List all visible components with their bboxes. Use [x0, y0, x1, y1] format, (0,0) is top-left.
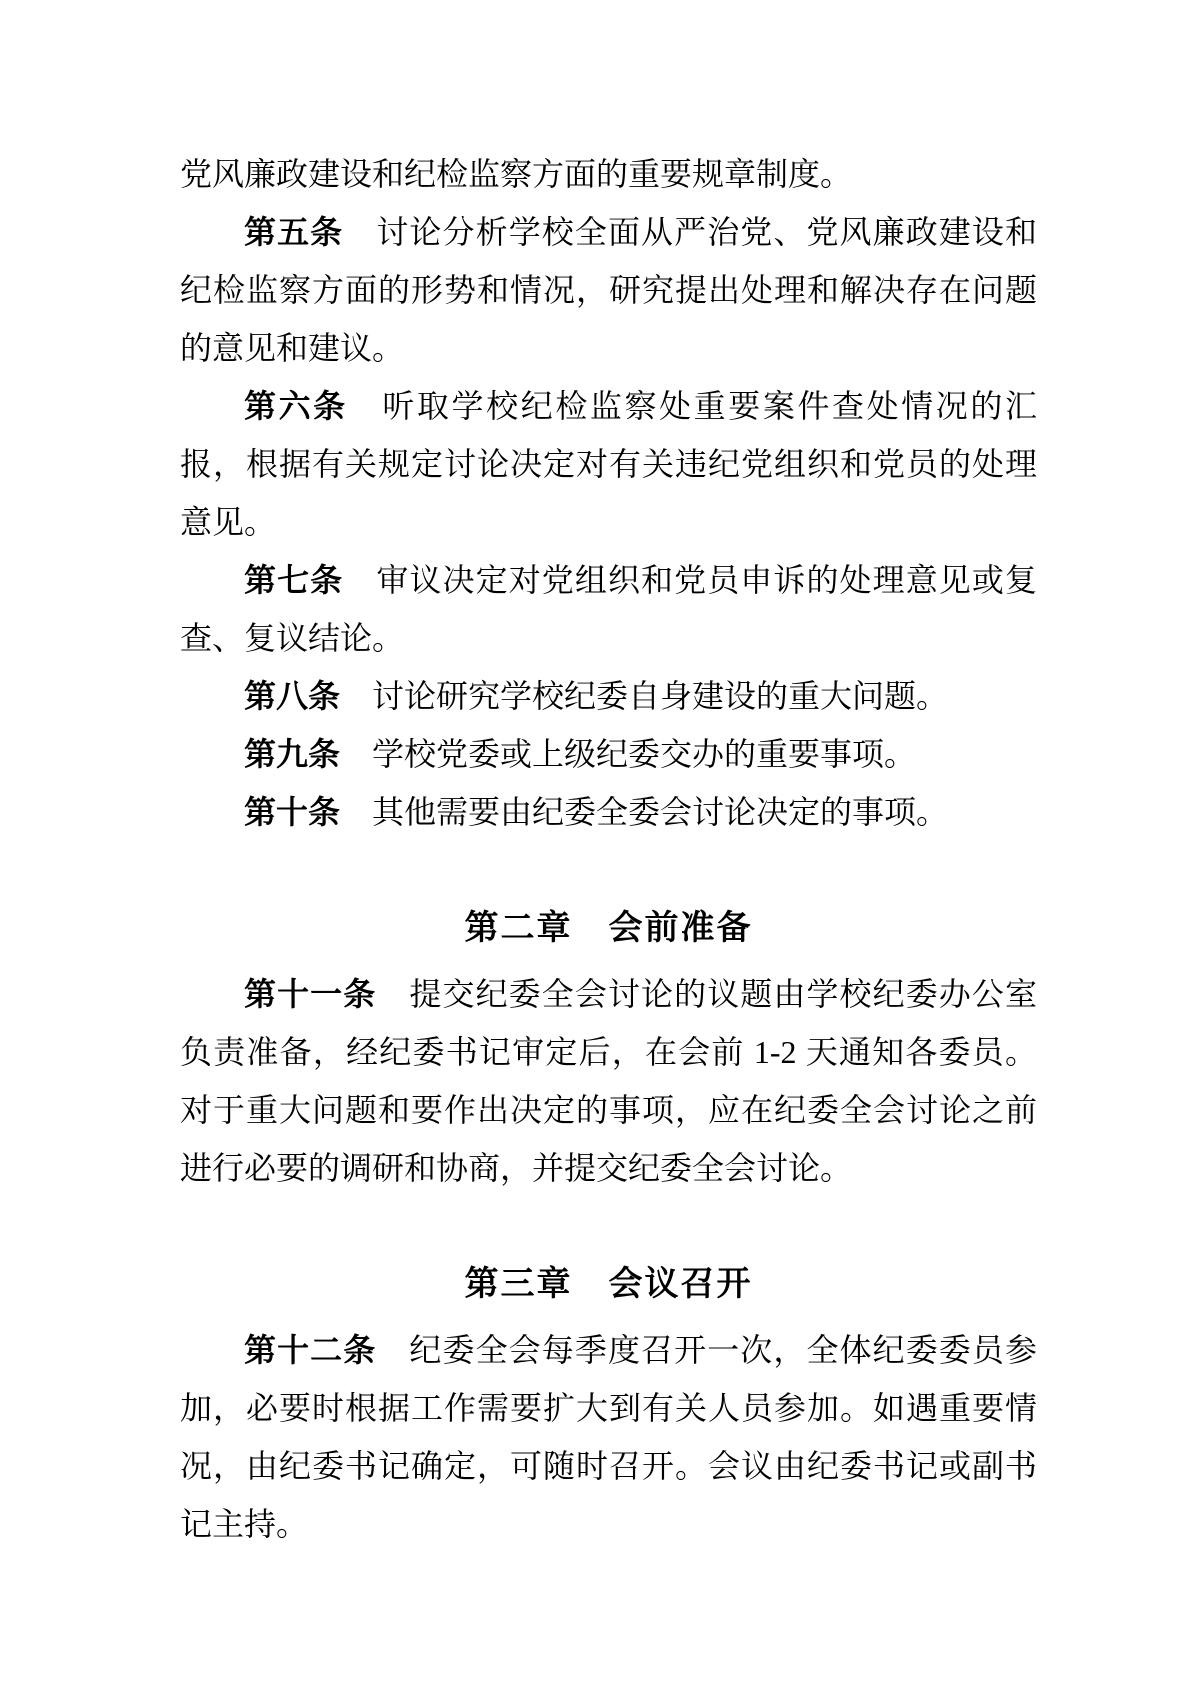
article-paragraph-10: 第十条 其他需要由纪委全委会讨论决定的事项。: [180, 783, 1037, 841]
article-number: 第五条: [244, 214, 343, 250]
article-number: 第七条: [244, 562, 343, 598]
article-number: 第六条: [244, 388, 348, 424]
article-number: 第八条: [244, 678, 340, 714]
article-number: 第十一条: [244, 976, 376, 1012]
article-paragraph-6: 第六条 听取学校纪检监察处重要案件查处情况的汇报，根据有关规定讨论决定对有关违纪…: [180, 377, 1037, 551]
article-paragraph-11: 第十一条 提交纪委全会讨论的议题由学校纪委办公室负责准备，经纪委书记审定后，在会…: [180, 965, 1037, 1197]
paragraph-continuation: 党风廉政建设和纪检监察方面的重要规章制度。: [180, 145, 1037, 203]
chapter-heading-2: 第二章 会前准备: [180, 897, 1037, 959]
article-paragraph-8: 第八条 讨论研究学校纪委自身建设的重大问题。: [180, 667, 1037, 725]
document-page: 党风廉政建设和纪检监察方面的重要规章制度。 第五条 讨论分析学校全面从严治党、党…: [0, 0, 1191, 1684]
chapter-heading-3: 第三章 会议召开: [180, 1253, 1037, 1315]
article-number: 第十条: [244, 794, 340, 830]
article-number: 第十二条: [244, 1332, 376, 1368]
article-paragraph-7: 第七条 审议决定对党组织和党员申诉的处理意见或复查、复议结论。: [180, 551, 1037, 667]
article-paragraph-9: 第九条 学校党委或上级纪委交办的重要事项。: [180, 725, 1037, 783]
article-paragraph-12: 第十二条 纪委全会每季度召开一次，全体纪委委员参加，必要时根据工作需要扩大到有关…: [180, 1321, 1037, 1553]
article-text: 其他需要由纪委全委会讨论决定的事项。: [340, 794, 948, 830]
article-paragraph-5: 第五条 讨论分析学校全面从严治党、党风廉政建设和纪检监察方面的形势和情况，研究提…: [180, 203, 1037, 377]
paragraph-text: 党风廉政建设和纪检监察方面的重要规章制度。: [180, 156, 852, 192]
article-text: 学校党委或上级纪委交办的重要事项。: [340, 736, 916, 772]
article-number: 第九条: [244, 736, 340, 772]
article-text: 讨论研究学校纪委自身建设的重大问题。: [340, 678, 948, 714]
